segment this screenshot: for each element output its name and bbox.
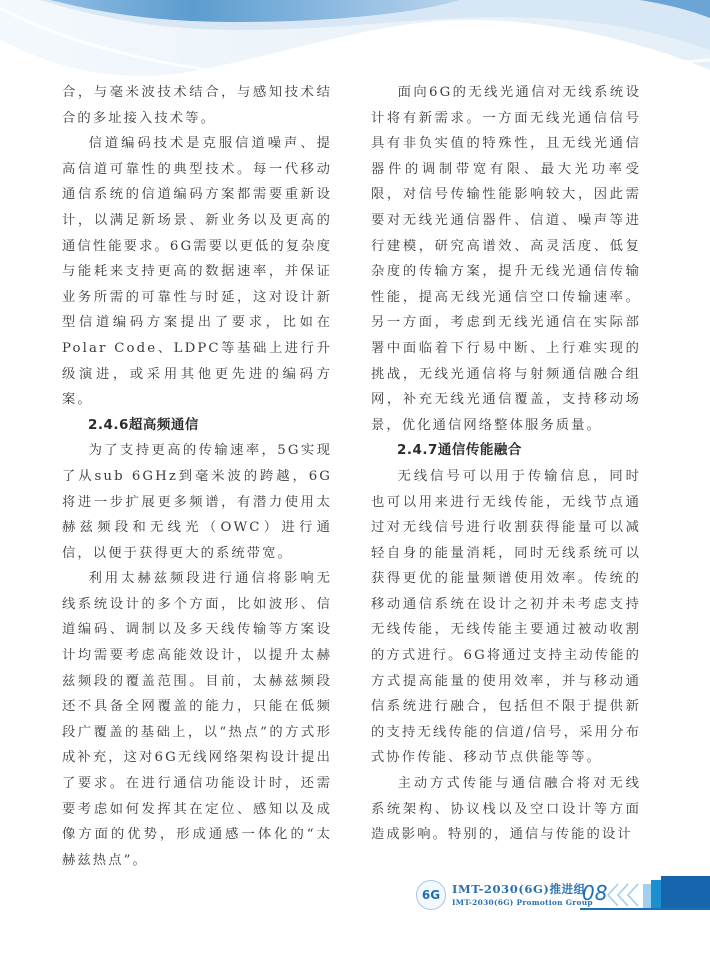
page-number: 08 (582, 881, 607, 905)
paragraph: 合，与毫米波技术结合，与感知技术结合的多址接入技术等。 (62, 80, 332, 131)
section-heading-2-4-7: 2.4.7通信传能融合 (371, 438, 641, 464)
left-column: 合，与毫米波技术结合，与感知技术结合的多址接入技术等。 信道编码技术是克服信道噪… (62, 80, 332, 873)
paragraph: 面向6G的无线光通信对无线系统设计将有新需求。一方面无线光通信信号具有非负实值的… (371, 80, 641, 438)
section-heading-2-4-6: 2.4.6超高频通信 (62, 413, 332, 439)
right-column: 面向6G的无线光通信对无线系统设计将有新需求。一方面无线光通信信号具有非负实值的… (371, 80, 641, 848)
paragraph: 为了支持更高的传输速率，5G实现了从sub 6GHz到毫米波的跨越，6G将进一步… (62, 438, 332, 566)
page-footer: 6G IMT-2030(6G)推进组 IMT-2030(6G) Promotio… (0, 876, 710, 926)
header-wave-decoration (0, 0, 710, 90)
org-title: IMT-2030(6G)推进组 (452, 881, 586, 897)
paragraph: 无线信号可以用于传输信息，同时也可以用来进行无线传能，无线节点通过对无线信号进行… (371, 464, 641, 771)
6g-logo-icon: 6G (416, 880, 446, 910)
chevron-left-icon (606, 882, 646, 908)
logo-badge-text: 6G (422, 888, 440, 902)
org-subtitle: IMT-2030(6G) Promotion Group (452, 898, 593, 907)
page-number-underline (580, 908, 710, 910)
decor-block-light (643, 884, 651, 908)
decor-block-dark (661, 876, 710, 908)
paragraph: 主动方式传能与通信融合将对无线系统架构、协议栈以及空口设计等方面造成影响。特别的… (371, 771, 641, 848)
paragraph: 信道编码技术是克服信道噪声、提高信道可靠性的典型技术。每一代移动通信系统的信道编… (62, 131, 332, 413)
paragraph: 利用太赫兹频段进行通信将影响无线系统设计的多个方面，比如波形、信道编码、调制以及… (62, 566, 332, 873)
